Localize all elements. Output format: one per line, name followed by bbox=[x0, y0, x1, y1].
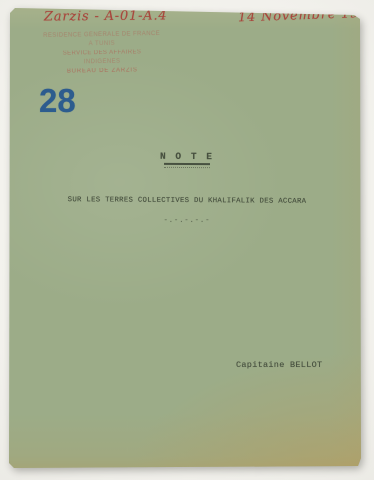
scan-background: Zarzis - A-01-A.4 14 Novembre 1950 RÉSID… bbox=[0, 0, 374, 480]
stamp-line: BUREAU DE ZARZIS bbox=[42, 66, 162, 77]
office-stamp: RÉSIDENCE GÉNÉRALE DE FRANCE À TUNIS SER… bbox=[42, 30, 163, 77]
document-title: N O T E bbox=[0, 150, 374, 164]
handwritten-reference: Zarzis - A-01-A.4 bbox=[44, 8, 168, 24]
document-page-shadow: Zarzis - A-01-A.4 14 Novembre 1950 RÉSID… bbox=[0, 0, 374, 480]
handwritten-date: 14 Novembre 1950 bbox=[238, 6, 374, 26]
document-subtitle: SUR LES TERRES COLLECTIVES DU KHALIFALIK… bbox=[0, 196, 374, 207]
title-underline bbox=[164, 163, 210, 168]
author-signature: Capitaine BELLOT bbox=[236, 360, 322, 370]
document-page: Zarzis - A-01-A.4 14 Novembre 1950 RÉSID… bbox=[0, 0, 374, 480]
folio-number: 28 bbox=[39, 84, 76, 117]
typed-divider: -.-.-.-.- bbox=[0, 217, 374, 225]
